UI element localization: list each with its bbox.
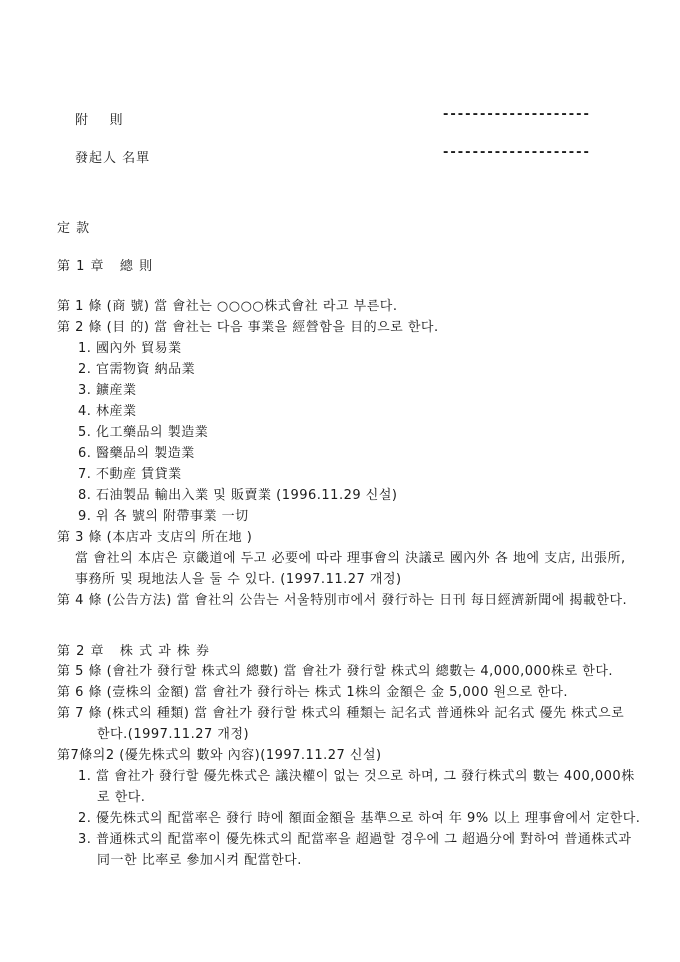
- article-2-line: 第 2 條 (目 的) 當 會社는 다음 事業을 經營함을 目的으로 한다.: [57, 317, 657, 338]
- toc-leader-dashes: --------------------: [443, 145, 591, 160]
- article-7-2-item-3: 3. 普通株式의 配當率이 優先株式의 配當率을 超過할 경우에 그 超過分에 …: [57, 829, 657, 850]
- article-5-line: 第 5 條 (會社가 發行할 株式의 總數) 當 會社가 發行할 株式의 總數는…: [57, 661, 657, 682]
- article-7-2-heading: 第7條의2 (優先株式의 數와 內容)(1997.11.27 신설): [57, 745, 657, 766]
- toc-label-appendix: 附 則: [75, 109, 124, 128]
- article-4-line: 第 4 條 (公告方法) 當 會社의 公告는 서울特別市에서 發行하는 日刊 每…: [57, 590, 657, 611]
- purpose-item-8: 8. 石油製品 輸出入業 및 販賣業 (1996.11.29 신설): [57, 485, 657, 506]
- purpose-item-7: 7. 不動産 賃貸業: [57, 464, 657, 485]
- purpose-item-5: 5. 化工藥品의 製造業: [57, 422, 657, 443]
- chapter-2-heading: 第 2 章 株 式 과 株 券: [57, 640, 210, 659]
- chapter-2-body: 第 5 條 (會社가 發行할 株式의 總數) 當 會社가 發行할 株式의 總數는…: [57, 661, 657, 871]
- purpose-item-1: 1. 國內外 貿易業: [57, 338, 657, 359]
- article-6-line: 第 6 條 (壹株의 金額) 當 會社가 發行하는 株式 1株의 金額은 金 5…: [57, 682, 657, 703]
- purpose-item-2: 2. 官需物資 納品業: [57, 359, 657, 380]
- toc-label-promoters: 發起人 名單: [75, 147, 150, 166]
- purpose-item-4: 4. 林産業: [57, 401, 657, 422]
- article-7-line-1: 第 7 條 (株式의 種類) 當 會社가 發行할 株式의 種類는 記名式 普通株…: [57, 703, 657, 724]
- article-3-text-line-2: 事務所 및 現地法人을 둘 수 있다. (1997.11.27 개정): [57, 569, 657, 590]
- purpose-item-3: 3. 鑛産業: [57, 380, 657, 401]
- chapter-1-body: 第 1 條 (商 號) 當 會社는 ○○○○株式會社 라고 부른다. 第 2 條…: [57, 296, 657, 611]
- toc-row-promoters: 發起人 名單 --------------------: [0, 147, 680, 165]
- article-7-2-item-1-cont: 로 한다.: [57, 787, 657, 808]
- article-7-2-item-3-cont: 同一한 比率로 參加시켜 配當한다.: [57, 850, 657, 871]
- article-7-2-item-1: 1. 當 會社가 發行할 優先株式은 議決權이 없는 것으로 하며, 그 發行株…: [57, 766, 657, 787]
- purpose-item-9: 9. 위 各 號의 附帶事業 一切: [57, 506, 657, 527]
- toc-leader-dashes: --------------------: [443, 107, 591, 122]
- article-7-2-item-2: 2. 優先株式의 配當率은 發行 時에 額面金額을 基準으로 하여 年 9% 以…: [57, 808, 657, 829]
- article-3-text-line-1: 當 會社의 本店은 京畿道에 두고 必要에 따라 理事會의 決議로 國內外 各 …: [57, 548, 657, 569]
- chapter-1-heading: 第 1 章 總 則: [57, 255, 153, 274]
- article-1-line: 第 1 條 (商 號) 當 會社는 ○○○○株式會社 라고 부른다.: [57, 296, 657, 317]
- article-7-line-2: 한다.(1997.11.27 개정): [57, 724, 657, 745]
- scanned-document-page: 附 則 -------------------- 發起人 名單 --------…: [0, 0, 680, 962]
- purpose-item-6: 6. 醫藥品의 製造業: [57, 443, 657, 464]
- document-title: 定 款: [57, 217, 90, 236]
- article-3-heading: 第 3 條 (本店과 支店의 所在地 ): [57, 527, 657, 548]
- toc-row-appendix: 附 則 --------------------: [0, 109, 680, 127]
